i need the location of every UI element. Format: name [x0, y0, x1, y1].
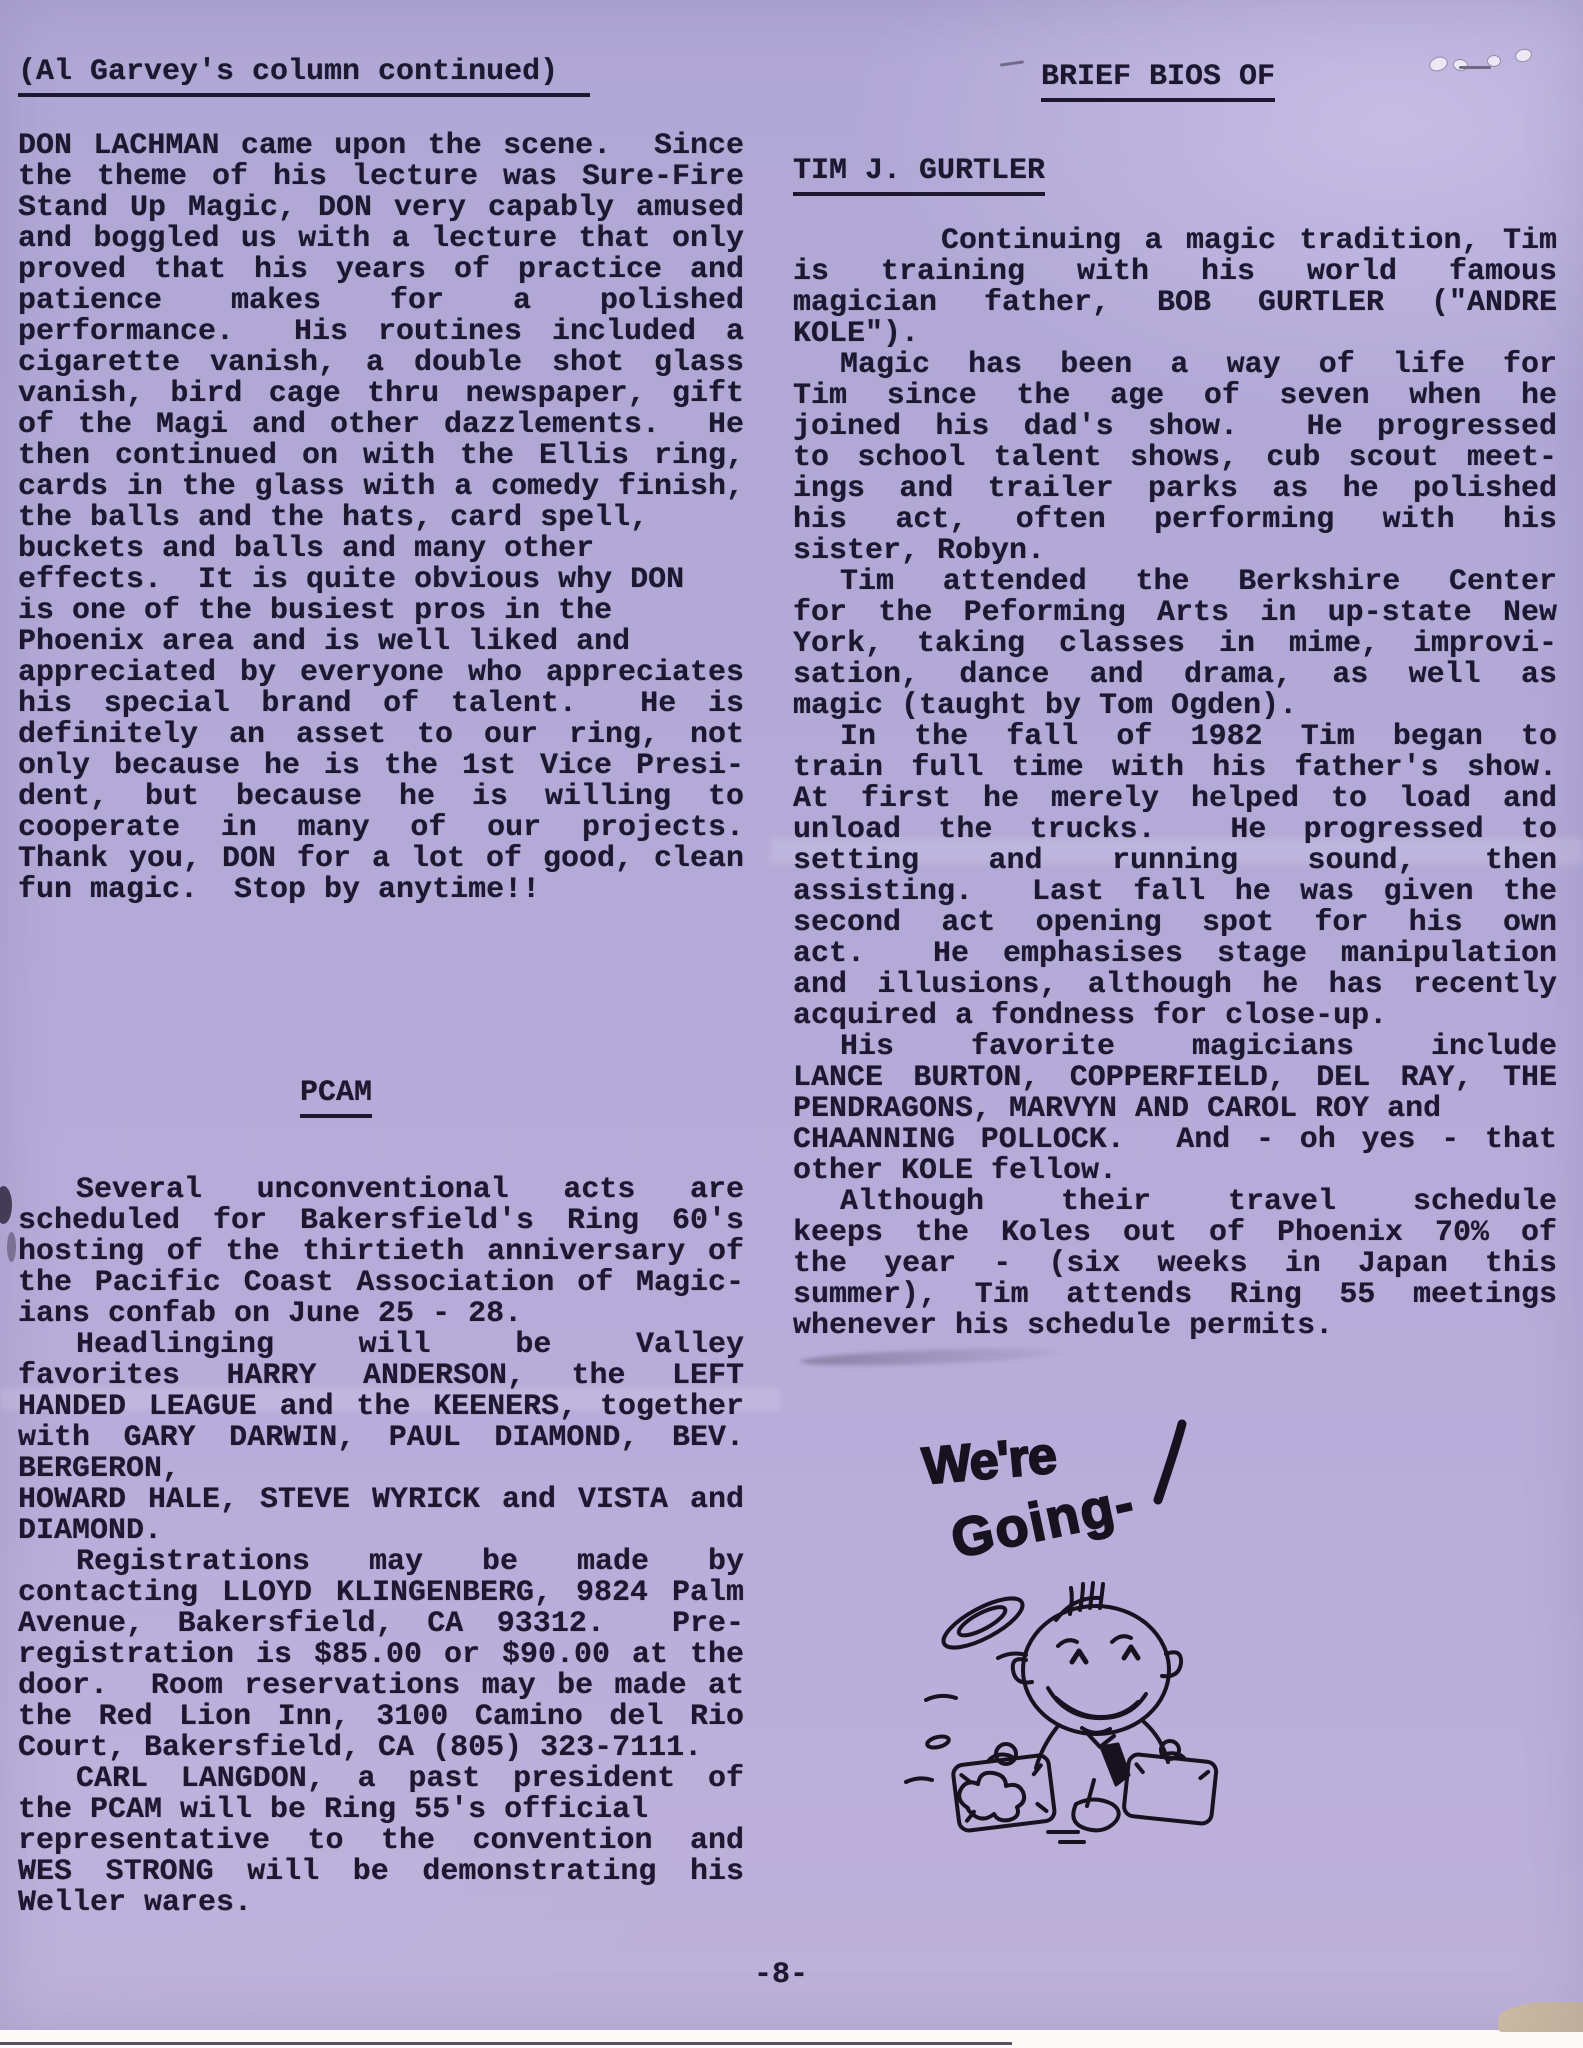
staple-marks: [1425, 45, 1545, 81]
scanned-newsletter-scan: (Al Garvey's column continued) DON LACHM…: [0, 0, 1583, 2048]
pcam-paragraph: Several unconventional acts arescheduled…: [18, 1175, 744, 1330]
tim-bio-paragraph: In the fall of 1982 Tim began totrain fu…: [793, 722, 1557, 1032]
flying-hat-icon: [937, 1589, 1029, 1657]
garvey-continued-heading-text: (Al Garvey's column continued): [18, 55, 590, 97]
pcam-article: Several unconventional acts arescheduled…: [18, 1175, 744, 1919]
pencil-smudge: [800, 1345, 1062, 1368]
pcam-paragraph: Registrations may be made bycontacting L…: [18, 1547, 744, 1764]
traveler-figure: [906, 1583, 1218, 1842]
cartoon-lettering: We're Going-: [920, 1424, 1182, 1570]
garvey-continued-heading: (Al Garvey's column continued): [18, 55, 590, 97]
tim-gurtler-heading-text: TIM J. GURTLER: [793, 154, 1045, 196]
cartoon-head: [1013, 1583, 1181, 1734]
brief-bios-heading: BRIEF BIOS OF: [1041, 60, 1275, 102]
tim-bio-paragraph: Continuing a magic tradition, Timis trai…: [793, 226, 1557, 350]
were-going-cartoon: We're Going-: [898, 1408, 1230, 1864]
tim-bio-paragraph: Tim attended the Berkshire Centerfor the…: [793, 567, 1557, 722]
running-shoe: [1048, 1800, 1119, 1843]
tim-bio-paragraph: Although their travel schedulekeeps the …: [793, 1187, 1557, 1342]
ink-smudge: [0, 1186, 12, 1224]
pcam-paragraph: Headlinging will be Valleyfavorites HARR…: [18, 1330, 744, 1547]
cartoon-exclamation-stroke: [1158, 1424, 1182, 1500]
cartoon-were-text: We're: [920, 1427, 1058, 1496]
tim-gurtler-heading: TIM J. GURTLER: [793, 154, 1045, 196]
page-number: -8-: [754, 1958, 808, 1992]
pen-mark: [1000, 60, 1024, 66]
tim-bio-paragraph: Magic has been a way of life forTim sinc…: [793, 350, 1557, 567]
pcam-heading-text: PCAM: [300, 1076, 372, 1118]
scan-edge-line: [0, 2042, 1012, 2045]
brief-bios-heading-text: BRIEF BIOS OF: [1041, 60, 1275, 102]
pcam-heading: PCAM: [300, 1076, 372, 1118]
tim-bio-article: Continuing a magic tradition, Timis trai…: [793, 226, 1557, 1342]
garvey-article-text: DON LACHMAN came upon the scene. Sinceth…: [18, 131, 744, 906]
newsletter-page: (Al Garvey's column continued) DON LACHM…: [0, 0, 1583, 2030]
tim-bio-paragraph: His favorite magicians includeLANCE BURT…: [793, 1032, 1557, 1187]
pcam-paragraph: CARL LANGDON, a past president ofthe PCA…: [18, 1764, 744, 1919]
